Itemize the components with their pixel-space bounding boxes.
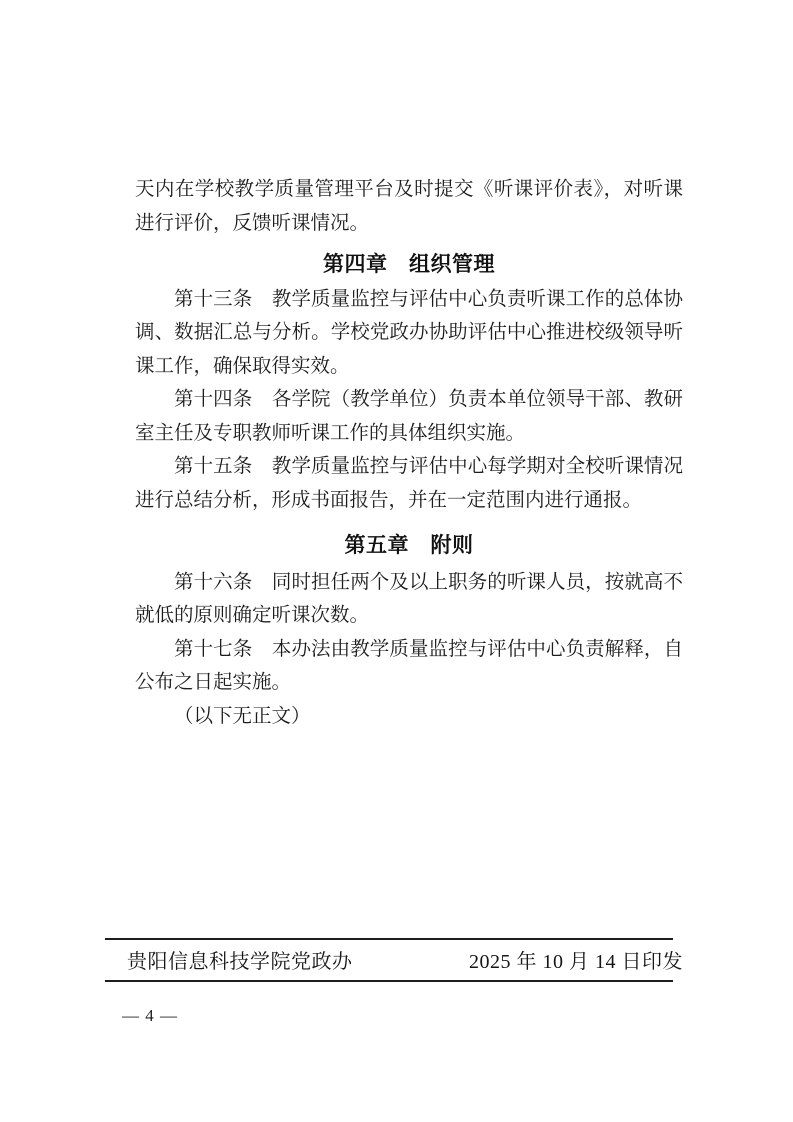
article-15-paragraph: 第十五条 教学质量监控与评估中心每学期对全校听课情况进行总结分析，形成书面报告，… xyxy=(135,450,683,517)
footer-print-date: 2025 年 10 月 14 日印发 xyxy=(469,950,683,974)
page-number: — 4 — xyxy=(122,1004,178,1028)
chapter-4-heading: 第四章 组织管理 xyxy=(135,248,683,282)
end-of-text-note: （以下无正文） xyxy=(135,700,683,734)
continuation-paragraph: 天内在学校教学质量管理平台及时提交《听课评价表》，对听课进行评价，反馈听课情况。 xyxy=(135,173,683,240)
document-body: 天内在学校教学质量管理平台及时提交《听课评价表》，对听课进行评价，反馈听课情况。… xyxy=(135,173,683,733)
footer-bottom-rule xyxy=(105,980,673,982)
article-13-paragraph: 第十三条 教学质量监控与评估中心负责听课工作的总体协调、数据汇总与分析。学校党政… xyxy=(135,283,683,384)
article-14-paragraph: 第十四条 各学院（教学单位）负责本单位领导干部、教研室主任及专职教师听课工作的具… xyxy=(135,383,683,450)
footer: 贵阳信息科技学院党政办 2025 年 10 月 14 日印发 xyxy=(127,950,683,974)
document-page: 天内在学校教学质量管理平台及时提交《听课评价表》，对听课进行评价，反馈听课情况。… xyxy=(0,0,793,1122)
footer-issuer: 贵阳信息科技学院党政办 xyxy=(127,950,353,974)
article-17-paragraph: 第十七条 本办法由教学质量监控与评估中心负责解释，自公布之日起实施。 xyxy=(135,633,683,700)
chapter-5-heading: 第五章 附则 xyxy=(135,529,683,563)
footer-top-rule xyxy=(105,938,673,940)
article-16-paragraph: 第十六条 同时担任两个及以上职务的听课人员，按就高不就低的原则确定听课次数。 xyxy=(135,566,683,633)
